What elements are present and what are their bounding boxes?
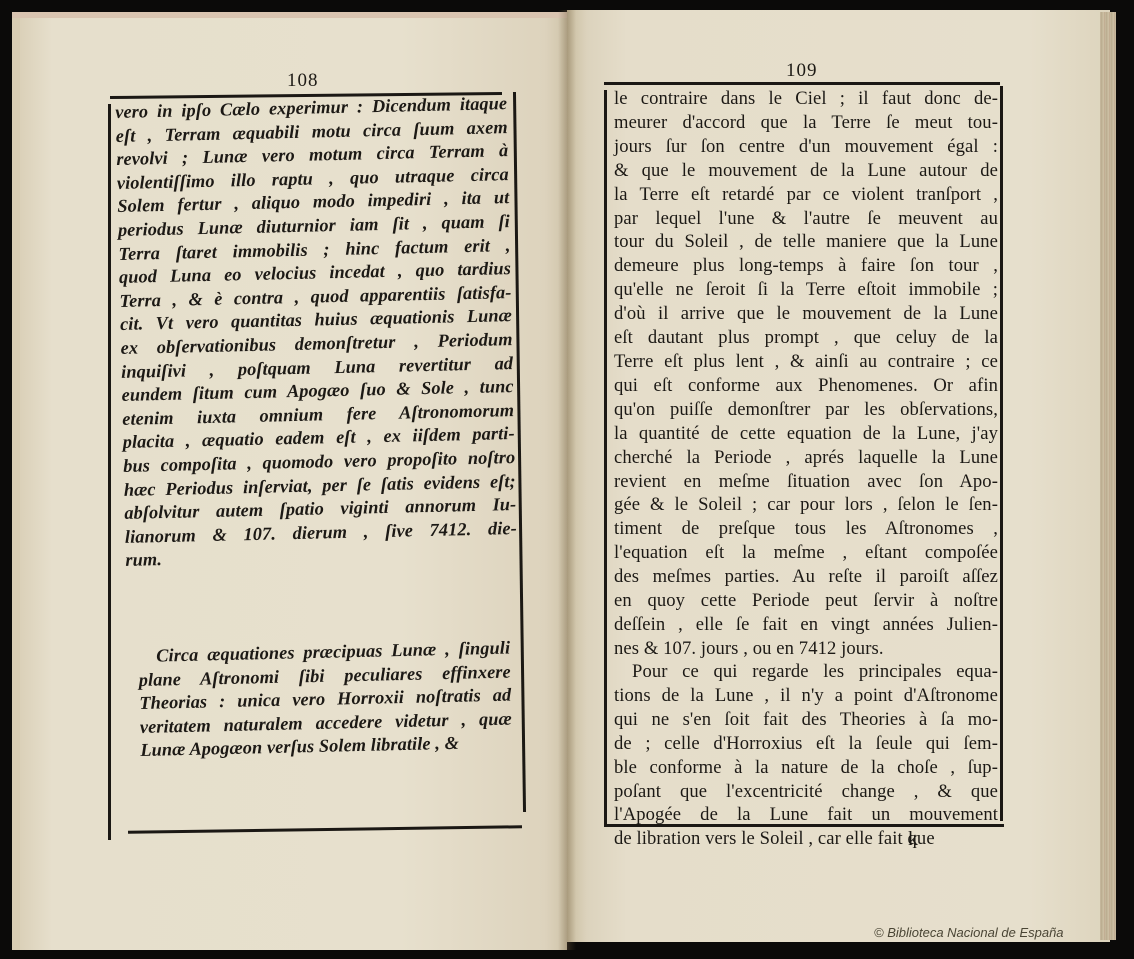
text-line: en quoy cette Periode peut ſervir à noſt… (614, 589, 998, 613)
text-line: gée & le Soleil ; car pour lors , ſelon … (614, 493, 998, 517)
text-line: jours ſur ſon centre d'un mouvement égal… (614, 135, 998, 159)
text-line: & que le mouvement de la Lune autour de (614, 159, 998, 183)
page-edges (1100, 12, 1116, 940)
text-line: qu'on puiſſe demonſtrer par les obſervat… (614, 398, 998, 422)
text-line: revient en meſme ſituation avec ſon Apo- (614, 470, 998, 494)
signature-mark: k (908, 828, 918, 851)
text-line: des meſmes parties. Au reſte il paroiſt … (614, 565, 998, 589)
text-line: de ; celle d'Horroxius eſt la ſeule qui … (614, 732, 998, 756)
right-paragraph-2: Pour ce qui regarde les principales equa… (614, 660, 998, 851)
text-line: le contraire dans le Ciel ; il faut donc… (614, 87, 998, 111)
text-line: meurer d'accord que la Terre ſe meut tou… (614, 111, 998, 135)
text-line: poſant que l'excentricité change , & que (614, 780, 998, 804)
text-line: Terre eſt plus lent , & ainſi au contrai… (614, 350, 998, 374)
text-line: la Terre eſt retardé par ce violent tran… (614, 183, 998, 207)
text-line: eſt dautant plus prompt , que celuy de l… (614, 326, 998, 350)
text-line: l'Apogée de la Lune fait un mouvement (614, 803, 998, 827)
page-number-left: 108 (287, 70, 319, 92)
book-gutter (558, 10, 576, 950)
left-paragraph-1: vero in ipſo Cælo experimur : Dicendum i… (115, 92, 518, 573)
right-paragraph-1: le contraire dans le Ciel ; il faut donc… (614, 87, 998, 661)
text-line: tions de la Lune , il n'y a point d'Aſtr… (614, 684, 998, 708)
left-border-left (108, 104, 111, 840)
header-rule-right (604, 82, 1000, 85)
text-line: l'equation eſt la meſme , eſtant compoſé… (614, 541, 998, 565)
text-line: cherché la Periode , aprés laquelle la L… (614, 446, 998, 470)
page-number-right: 109 (786, 60, 818, 82)
text-line: qu'elle ne ſeroit ſi la Terre eſtoit imm… (614, 278, 998, 302)
text-line: par lequel l'une & l'autre ſe meuvent au (614, 207, 998, 231)
left-border-right (604, 90, 607, 825)
text-line: la quantité de cette equation de la Lune… (614, 422, 998, 446)
text-line: deſſein , elle ſe fait en vingt années J… (614, 613, 998, 637)
text-line: d'où il arrive que le mouvement de la Lu… (614, 302, 998, 326)
copyright-watermark: © Biblioteca Nacional de España (874, 925, 1064, 940)
text-line: timent de preſque tous les Aſtronomes , (614, 517, 998, 541)
text-line: de libration vers le Soleil , car elle f… (614, 827, 998, 851)
text-line: nes & 107. jours , ou en 7412 jours. (614, 637, 998, 661)
text-line: tour du Soleil , de telle maniere que la… (614, 230, 998, 254)
left-paragraph-2: Circa æquationes præcipuas Lunæ , ſingul… (138, 637, 513, 763)
right-border-right (1000, 86, 1003, 821)
text-line: Pour ce qui regarde les principales equa… (614, 660, 998, 684)
text-line: ble conforme à la nature de la choſe , ſ… (614, 756, 998, 780)
text-line: demeure plus long-temps à faire ſon tour… (614, 254, 998, 278)
text-line: qui ne s'en ſoit fait des Theories à ſa … (614, 708, 998, 732)
text-line: qui eſt conforme aux Phenomenes. Or afin (614, 374, 998, 398)
